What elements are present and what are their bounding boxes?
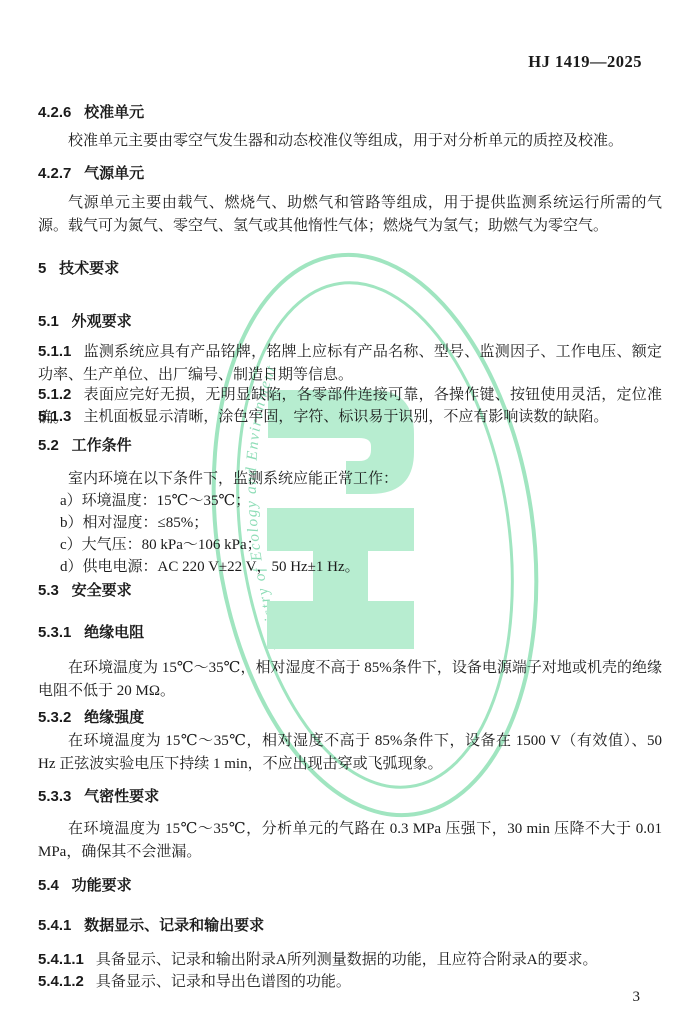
section-title: 气密性要求 (84, 788, 159, 805)
section-heading-5-3-1: 5.3.1绝缘电阻 (38, 623, 662, 642)
section-title: 安全要求 (72, 582, 132, 599)
clause-text: 具备显示、记录和导出色谱图的功能。 (96, 974, 351, 990)
paragraph-5-3-3: 在环境温度为 15℃～35℃，分析单元的气路在 0.3 MPa 压强下，30 m… (38, 818, 662, 864)
section-number: 5.2 (38, 437, 59, 454)
section-title: 技术要求 (59, 260, 119, 277)
clause-text: 监测系统应具有产品铭牌，铭牌上应标有产品名称、型号、监测因子、工作电压、额定功率… (38, 344, 662, 383)
clause-number: 5.1.3 (38, 408, 71, 425)
paragraph-5-3-2: 在环境温度为 15℃～35℃，相对湿度不高于 85%条件下，设备在 1500 V… (38, 730, 662, 776)
section-number: 5.3 (38, 582, 59, 599)
section-title: 功能要求 (72, 877, 132, 894)
section-number: 5.1 (38, 313, 59, 330)
clause-text: 具备显示、记录和输出附录A所列测量数据的功能，且应符合附录A的要求。 (96, 952, 598, 968)
section-number: 5.4.1 (38, 917, 71, 934)
section-number: 5.3.2 (38, 709, 71, 726)
page-number: 3 (633, 989, 641, 1006)
section-heading-4-2-7: 4.2.7气源单元 (38, 164, 662, 183)
section-heading-4-2-6: 4.2.6校准单元 (38, 103, 662, 122)
clause-number: 5.1.1 (38, 343, 71, 360)
section-number: 5.3.3 (38, 788, 71, 805)
paragraph-5-2-intro: 室内环境在以下条件下，监测系统应能正常工作： (38, 468, 662, 491)
paragraph-4-2-7: 气源单元主要由载气、燃烧气、助燃气和管路等组成，用于提供监测系统运行所需的气源。… (38, 192, 662, 238)
section-number: 5.4 (38, 877, 59, 894)
condition-item-b: b）相对湿度：≤85%； (60, 512, 662, 535)
condition-item-c: c）大气压：80 kPa～106 kPa； (60, 534, 662, 557)
paragraph-5-3-1: 在环境温度为 15℃～35℃，相对湿度不高于 85%条件下，设备电源端子对地或机… (38, 657, 662, 703)
clause-5-4-1-2: 5.4.1.2具备显示、记录和导出色谱图的功能。 (38, 970, 662, 994)
clause-number: 5.4.1.1 (38, 951, 84, 968)
condition-item-a: a）环境温度：15℃～35℃； (60, 490, 662, 513)
section-title: 绝缘强度 (84, 709, 144, 726)
clause-number: 5.4.1.2 (38, 973, 84, 990)
section-heading-5-1: 5.1外观要求 (38, 312, 662, 331)
clause-5-4-1-1: 5.4.1.1具备显示、记录和输出附录A所列测量数据的功能，且应符合附录A的要求… (38, 948, 662, 972)
clause-text: 主机面板显示清晰，涂色牢固，字符、标识易于识别，不应有影响读数的缺陷。 (83, 409, 608, 425)
section-heading-5: 5技术要求 (38, 259, 662, 278)
section-number: 5.3.1 (38, 624, 71, 641)
paragraph-4-2-6: 校准单元主要由零空气发生器和动态校准仪等组成，用于对分析单元的质控及校准。 (38, 130, 662, 153)
section-title: 校准单元 (84, 104, 144, 121)
section-heading-5-3-3: 5.3.3气密性要求 (38, 787, 662, 806)
section-title: 工作条件 (72, 437, 132, 454)
clause-5-1-1: 5.1.1监测系统应具有产品铭牌，铭牌上应标有产品名称、型号、监测因子、工作电压… (38, 340, 662, 387)
section-title: 数据显示、记录和输出要求 (84, 917, 264, 934)
section-number: 4.2.6 (38, 104, 71, 121)
condition-item-d: d）供电电源：AC 220 V±22 V，50 Hz±1 Hz。 (60, 556, 662, 579)
section-heading-5-4: 5.4功能要求 (38, 876, 662, 895)
section-heading-5-3: 5.3安全要求 (38, 581, 662, 600)
section-title: 绝缘电阻 (84, 624, 144, 641)
section-number: 5 (38, 260, 46, 277)
section-number: 4.2.7 (38, 165, 71, 182)
clause-5-1-3: 5.1.3主机面板显示清晰，涂色牢固，字符、标识易于识别，不应有影响读数的缺陷。 (38, 405, 662, 429)
document-page: Ministry of Ecology and Environment HJ 1… (0, 0, 700, 1020)
section-title: 气源单元 (84, 165, 144, 182)
section-title: 外观要求 (72, 313, 132, 330)
section-heading-5-3-2: 5.3.2绝缘强度 (38, 708, 662, 727)
section-heading-5-4-1: 5.4.1数据显示、记录和输出要求 (38, 916, 662, 935)
clause-number: 5.1.2 (38, 386, 71, 403)
section-heading-5-2: 5.2工作条件 (38, 436, 662, 455)
document-body: 4.2.6校准单元 校准单元主要由零空气发生器和动态校准仪等组成，用于对分析单元… (0, 0, 700, 1020)
